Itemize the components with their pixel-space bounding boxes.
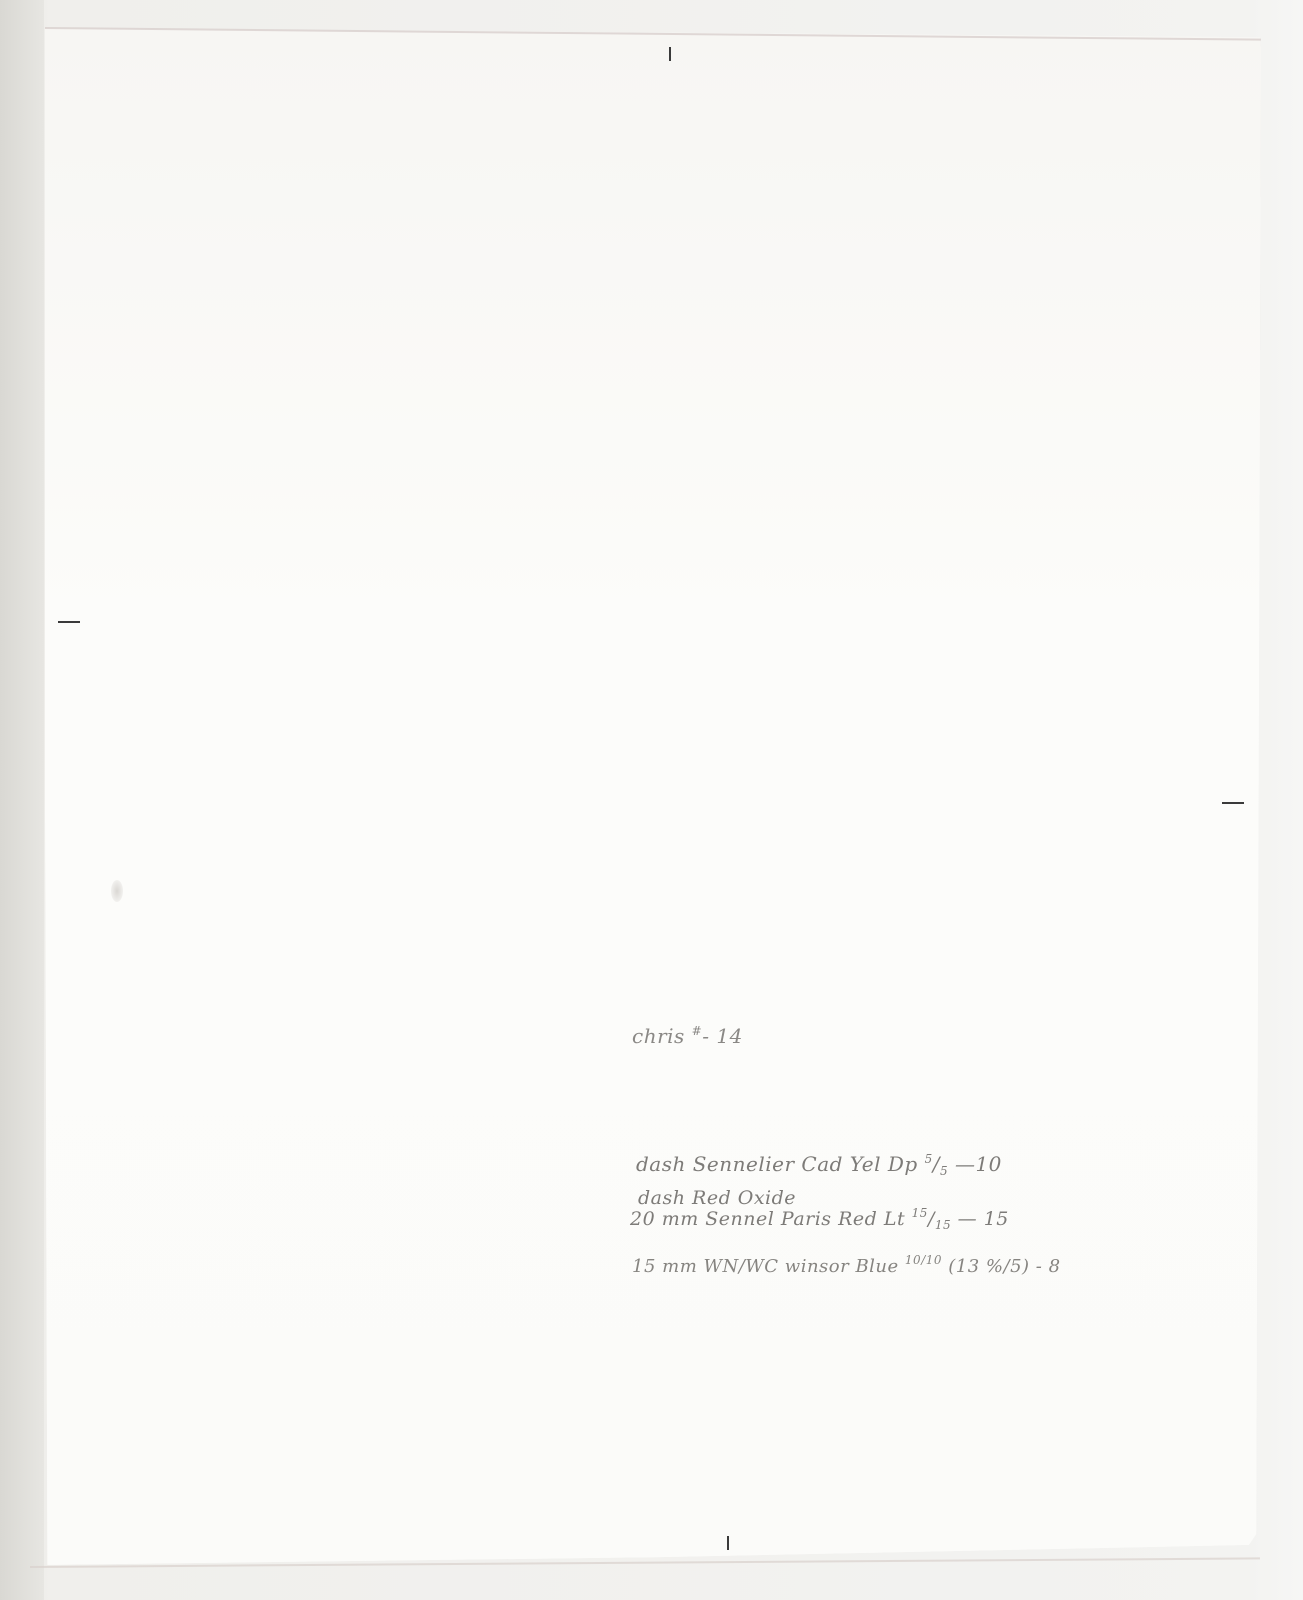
number-mark: # [692, 1024, 703, 1038]
paper-sheet [45, 28, 1261, 1568]
note-line-3-num: 15 [912, 1206, 928, 1220]
note-line-3-trailing: — 15 [958, 1208, 1009, 1230]
registration-mark-top [669, 47, 671, 61]
note-line-3-text: 20 mm Sennel Paris Red Lt [630, 1208, 905, 1230]
left-shadow [0, 0, 44, 1600]
signature-number: - 14 [702, 1024, 743, 1048]
note-line-4-trailing: - 8 [1036, 1256, 1061, 1277]
note-line-1-trailing: —10 [955, 1152, 1002, 1176]
note-line-4: 15 mm WN/WC winsor Blue 10/10 (13 %/5) -… [632, 1253, 1061, 1277]
note-line-4-fraction: 10/10 [905, 1253, 942, 1267]
registration-mark-left [58, 621, 80, 623]
note-line-3-den: 15 [935, 1218, 951, 1232]
signature-note: chris #- 14 [632, 1024, 743, 1048]
registration-mark-right [1222, 802, 1244, 804]
note-line-4-text: 15 mm WN/WC winsor Blue [632, 1256, 899, 1277]
signature-name: chris [632, 1024, 685, 1048]
registration-mark-bottom [727, 1536, 729, 1550]
note-line-4-paren: (13 %/5) [948, 1256, 1029, 1277]
note-line-1-den: 5 [940, 1164, 948, 1178]
note-line-1: dash Sennelier Cad Yel Dp 5/5 —10 [636, 1152, 1002, 1178]
note-line-1-text: dash Sennelier Cad Yel Dp [636, 1152, 918, 1176]
note-line-1-num: 5 [925, 1152, 933, 1166]
paper-smudge [111, 880, 123, 902]
note-line-3: 20 mm Sennel Paris Red Lt 15/15 — 15 [630, 1206, 1009, 1232]
